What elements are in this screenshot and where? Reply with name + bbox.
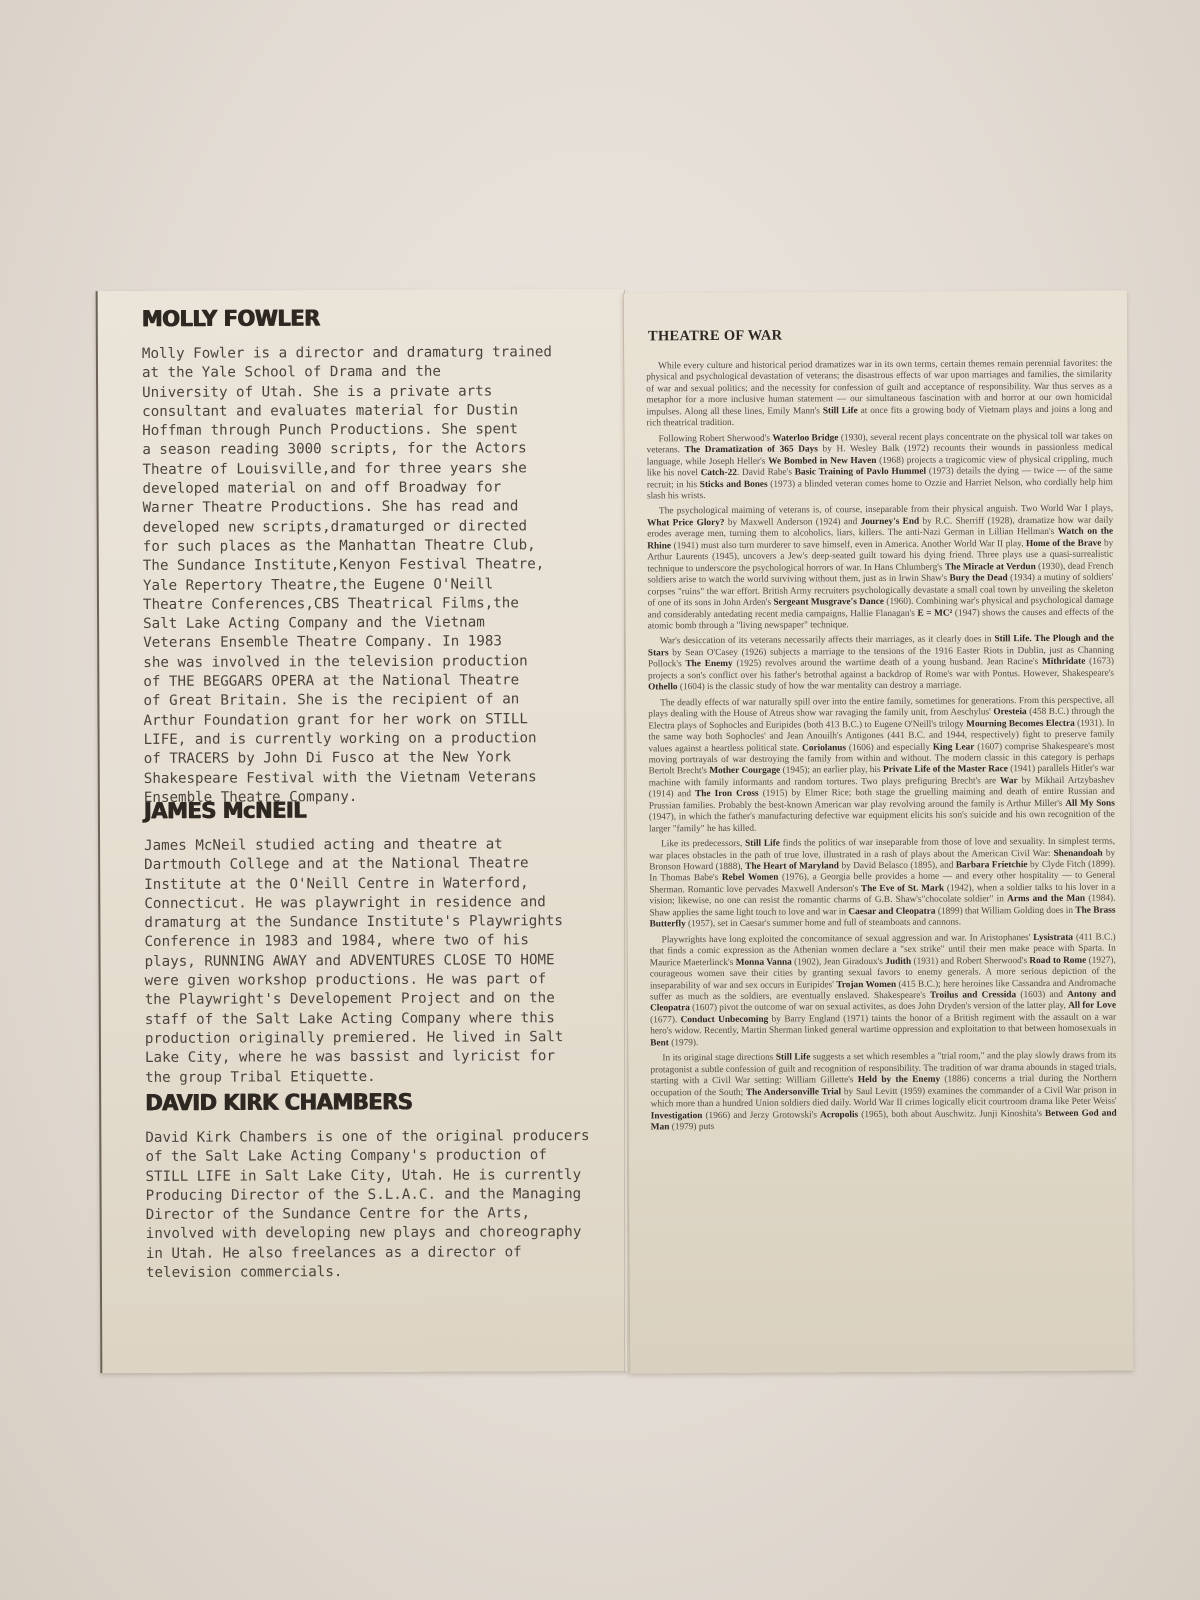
play-title: Held by the Enemy [858,1075,940,1086]
essay-title: THEATRE OF WAR [648,327,783,345]
play-title: Still Life [745,839,780,849]
play-title: Between God and Man [651,1108,1117,1132]
play-title: All for Love [1068,1001,1116,1011]
play-title: Antony and Cleopatra [650,990,1116,1014]
play-title: Oresteia [993,707,1026,717]
play-title: Shenandoah [1054,848,1103,858]
essay-paragraph: Like its predecessors, Still Life finds … [649,837,1116,931]
play-title: Bent [650,1038,669,1048]
play-title: Basic Training of Pavlo Hummel [795,467,926,478]
play-title: Troilus and Cressida [930,990,1016,1001]
bio-text: James McNeil studied acting and theatre … [144,835,601,1088]
play-title: Acropolis [820,1110,858,1120]
left-page-bios: MOLLY FOWLER Molly Fowler is a director … [96,289,629,1373]
bio-molly-fowler: MOLLY FOWLER Molly Fowler is a director … [128,305,600,808]
play-title: Still Life. The Plough and the Stars [648,634,1114,658]
play-title: Conduct Unbecoming [681,1015,769,1026]
bio-name: DAVID KIRK CHAMBERS [145,1088,601,1115]
bio-text: Molly Fowler is a director and dramaturg… [142,343,600,808]
play-title: Home of the Brave [1026,538,1101,548]
play-title: E = MC² [917,608,952,618]
play-title: Road to Rome [1029,955,1086,965]
essay-paragraph: The deadly effects of war naturally spil… [648,695,1115,835]
play-title: Monna Vanna [736,957,792,967]
play-title: Trojan Women [836,979,896,989]
play-title: Journey's End [861,517,920,527]
play-title: The Andersonville Trial [746,1087,841,1098]
play-title: Catch-22 [701,468,737,478]
play-title: The Iron Cross [695,789,759,799]
play-title: Mithridate [1042,657,1085,667]
bio-david-kirk-chambers: DAVID KIRK CHAMBERS David Kirk Chambers … [131,1089,602,1283]
play-title: The Heart of Maryland [745,861,839,872]
play-title: Rebel Women [722,873,779,883]
bio-james-mcneil: JAMES McNEIL James McNeil studied acting… [130,797,601,1088]
play-title: Still Life [776,1053,811,1063]
play-title: Lysistrata [1033,933,1073,943]
essay-paragraph: While every culture and historical perio… [646,359,1112,431]
bio-name: JAMES McNEIL [144,796,600,823]
play-title: The Enemy [685,659,732,669]
play-title: The Dramatization of 365 Days [685,445,818,456]
play-title: Judith [885,956,911,966]
play-title: Sticks and Bones [700,479,768,489]
play-title: Caesar and Cleopatra [848,906,935,917]
play-title: All My Sons [1065,798,1115,808]
essay-paragraph: The psychological maiming of veterans is… [647,504,1114,633]
play-title: The Miracle at Verdun [945,562,1036,573]
essay-paragraph: In its original stage directions Still L… [650,1051,1116,1134]
essay-paragraph: War's desiccation of its veterans necess… [648,634,1114,694]
play-title: Private Life of the Master Race [883,765,1008,776]
essay-paragraph: Playwrights have long exploited the conc… [650,932,1117,1049]
play-title: Barbara Frietchie [956,860,1028,870]
play-title: King Lear [933,742,975,752]
play-title: Mother Courgage [709,766,780,776]
play-title: Mourning Becomes Electra [966,718,1075,729]
play-title: Arms and the Man [1007,894,1085,904]
right-page-essay: THEATRE OF WAR While every culture and h… [623,290,1134,1373]
play-title: Coriolanus [802,743,846,753]
play-title: Waterloo Bridge [772,433,838,443]
play-title: The Eve of St. Mark [861,884,944,895]
play-title: Still Life [823,406,858,416]
play-title: Sergeant Musgrave's Dance [773,597,884,608]
play-title: We Bombed in New Haven [768,456,876,467]
play-title: Bury the Dead [950,573,1008,583]
essay-body: While every culture and historical perio… [646,359,1117,1138]
essay-paragraph: Following Robert Sherwood's Waterloo Bri… [647,431,1113,503]
play-title: Othello [648,682,678,692]
bio-name: MOLLY FOWLER [142,304,598,331]
play-title: Investigation [651,1111,703,1121]
play-title: What Price Glory? [647,518,724,528]
play-title: War [1000,776,1018,786]
bio-text: David Kirk Chambers is one of the origin… [145,1127,602,1283]
